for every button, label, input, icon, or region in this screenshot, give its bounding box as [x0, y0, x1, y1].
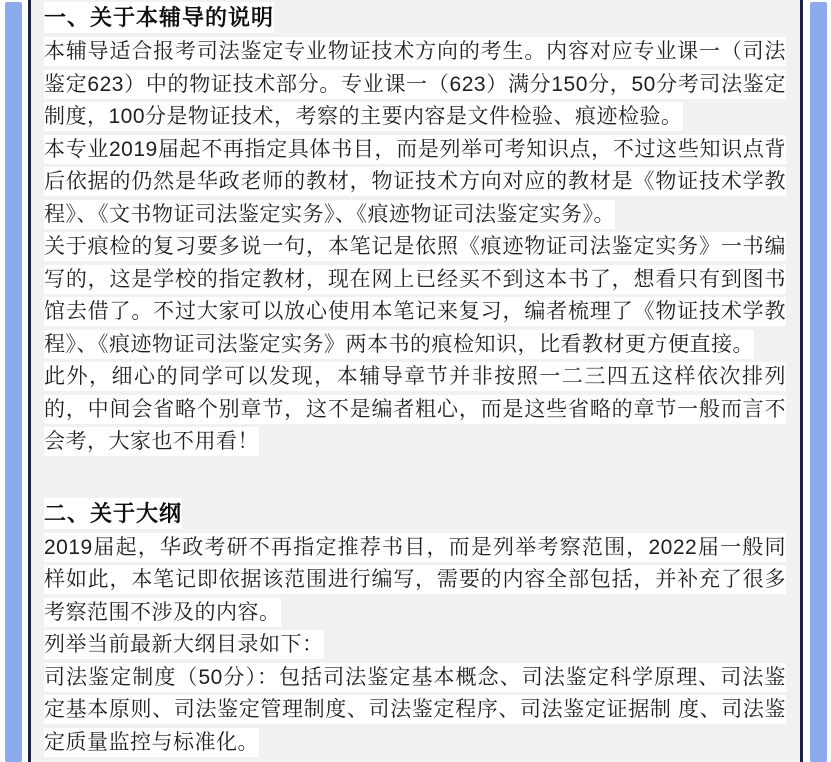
left-accent-stripe: [5, 2, 22, 762]
section-about-syllabus: 二、关于大纲 2019届起，华政考研不再指定推荐书目，而是列举考察范围，2022…: [44, 499, 786, 760]
document-panel: 一、关于本辅导的说明 本辅导适合报考司法鉴定专业物证技术方向的考生。内容对应专业…: [28, 0, 803, 762]
paragraph: 司法鉴定制度（50分）：包括司法鉴定基本概念、司法鉴定科学原理、司法鉴定基本原则…: [44, 662, 786, 760]
section-heading-text: 一、关于本辅导的说明: [44, 2, 274, 33]
paragraph-text: 司法鉴定制度（50分）：包括司法鉴定基本概念、司法鉴定科学原理、司法鉴定基本原则…: [44, 663, 786, 757]
paragraph-text: 本辅导适合报考司法鉴定专业物证技术方向的考生。内容对应专业课一（司法鉴定623）…: [44, 37, 786, 131]
section-heading: 一、关于本辅导的说明: [44, 3, 786, 33]
page-frame: 一、关于本辅导的说明 本辅导适合报考司法鉴定专业物证技术方向的考生。内容对应专业…: [0, 0, 831, 762]
paragraph-text: 本专业2019届起不再指定具体书目，而是列举可考知识点，不过这些知识点背后依据的…: [44, 135, 786, 229]
section-heading-text: 二、关于大纲: [44, 498, 182, 529]
paragraph-text: 关于痕检的复习要多说一句，本笔记是依照《痕迹物证司法鉴定实务》一书编写的，这是学…: [44, 232, 786, 359]
paragraph-text: 列举当前最新大纲目录如下：: [44, 630, 324, 659]
paragraph: 列举当前最新大纲目录如下：: [44, 629, 786, 662]
paragraph: 2019届起，华政考研不再指定推荐书目，而是列举考察范围，2022届一般同样如此…: [44, 532, 786, 630]
paragraph: 关于痕检的复习要多说一句，本笔记是依照《痕迹物证司法鉴定实务》一书编写的，这是学…: [44, 231, 786, 361]
paragraph-text: 2019届起，华政考研不再指定推荐书目，而是列举考察范围，2022届一般同样如此…: [44, 533, 786, 627]
paragraph: 此外，细心的同学可以发现，本辅导章节并非按照一二三四五这样依次排列的，中间会省略…: [44, 361, 786, 459]
paragraph: 本专业2019届起不再指定具体书目，而是列举可考知识点，不过这些知识点背后依据的…: [44, 134, 786, 232]
section-heading: 二、关于大纲: [44, 499, 786, 529]
paragraph: 本辅导适合报考司法鉴定专业物证技术方向的考生。内容对应专业课一（司法鉴定623）…: [44, 36, 786, 134]
right-accent-stripe: [810, 2, 827, 762]
section-about-tutorial: 一、关于本辅导的说明 本辅导适合报考司法鉴定专业物证技术方向的考生。内容对应专业…: [44, 3, 786, 459]
paragraph-text: 此外，细心的同学可以发现，本辅导章节并非按照一二三四五这样依次排列的，中间会省略…: [44, 362, 786, 456]
